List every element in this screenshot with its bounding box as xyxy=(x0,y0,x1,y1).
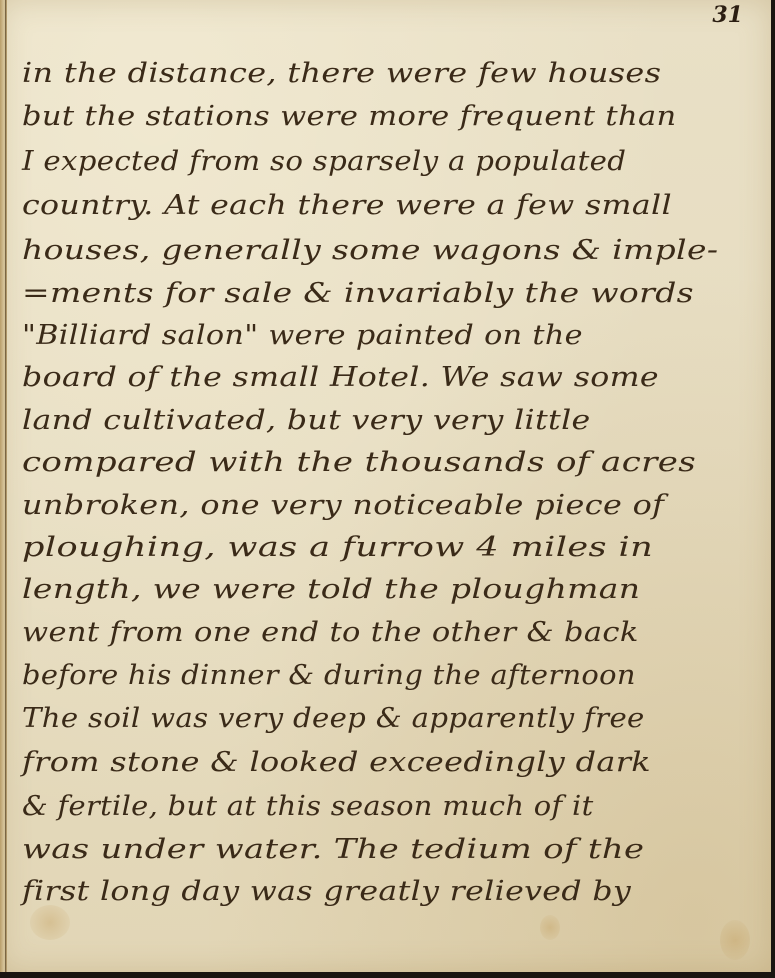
handwritten-line: from stone & looked exceedingly dark xyxy=(22,747,651,778)
paper-stain xyxy=(540,915,560,940)
handwritten-line: "Billiard salon" were painted on the xyxy=(22,320,583,351)
handwritten-line: houses, generally some wagons & imple- xyxy=(22,235,718,266)
handwritten-line: first long day was greatly relieved by xyxy=(22,876,631,907)
handwritten-line: length, we were told the ploughman xyxy=(22,574,640,605)
manuscript-page: 31 in the distance, there were few house… xyxy=(0,0,771,972)
handwritten-line: in the distance, there were few houses xyxy=(22,58,661,89)
handwritten-line: country. At each there were a few small xyxy=(22,190,672,221)
handwritten-line: before his dinner & during the afternoon xyxy=(22,660,636,691)
handwritten-line: went from one end to the other & back xyxy=(22,617,639,648)
handwritten-line: board of the small Hotel. We saw some xyxy=(22,362,659,393)
handwritten-line: I expected from so sparsely a populated xyxy=(22,146,626,177)
paper-stain xyxy=(30,905,70,940)
handwritten-line: & fertile, but at this season much of it xyxy=(22,791,594,822)
page-number: 31 xyxy=(712,2,743,28)
handwritten-line: =ments for sale & invariably the words xyxy=(22,278,694,309)
paper-stain xyxy=(720,920,750,960)
handwritten-line: but the stations were more frequent than xyxy=(22,101,677,132)
gutter-edge xyxy=(5,0,6,972)
handwritten-line: ploughing, was a furrow 4 miles in xyxy=(22,532,653,563)
handwritten-line: was under water. The tedium of the xyxy=(22,834,644,865)
handwritten-line: The soil was very deep & apparently free xyxy=(22,703,645,734)
handwritten-line: compared with the thousands of acres xyxy=(22,447,696,478)
handwritten-line: land cultivated, but very very little xyxy=(22,405,591,436)
handwritten-line: unbroken, one very noticeable piece of xyxy=(22,490,664,521)
